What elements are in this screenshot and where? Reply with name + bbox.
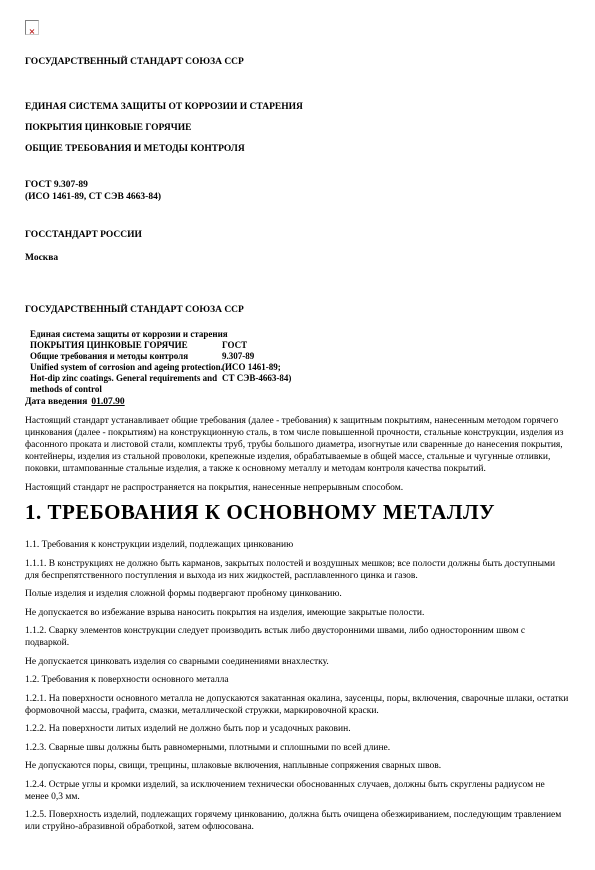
title-block-left-column: Единая система защиты от коррозии и стар…	[30, 329, 222, 395]
effective-date-value: 01.07.90	[91, 397, 124, 407]
clause-1-1-1: 1.1.1. В конструкциях не должно быть кар…	[25, 558, 570, 582]
effective-date-label: Дата введения	[25, 397, 87, 407]
intro-paragraph: Настоящий стандарт не распространяется н…	[25, 482, 570, 494]
broken-image-icon: ×	[25, 20, 39, 35]
gost-designation-block: ГОСТ 9.307-89 (ИСО 1461-89, СТ СЭВ 4663-…	[25, 180, 570, 203]
clause-1-2-3: 1.2.3. Сварные швы должны быть равномерн…	[25, 742, 570, 754]
title-line-requirements: Общие требования и методы контроля	[30, 351, 222, 362]
title-gost-number: 9.307-89	[222, 351, 291, 362]
title-block-table: Единая система защиты от коррозии и стар…	[30, 329, 570, 395]
coatings-title: ПОКРЫТИЯ ЦИНКОВЫЕ ГОРЯЧИЕ	[25, 123, 570, 135]
gost-number: ГОСТ 9.307-89	[25, 180, 570, 192]
title-line-english-2: Hot-dip zinc coatings. General requireme…	[30, 373, 222, 384]
section-1-heading: 1. ТРЕБОВАНИЯ К ОСНОВНОМУ МЕТАЛЛУ	[25, 500, 570, 524]
standard-header-main: ГОСУДАРСТВЕННЫЙ СТАНДАРТ СОЮЗА ССР	[25, 305, 570, 317]
clause-1-1-2: 1.1.2. Сварку элементов конструкции след…	[25, 625, 570, 649]
title-gost-word: ГОСТ	[222, 340, 291, 351]
intro-paragraph: Настоящий стандарт устанавливает общие т…	[25, 415, 570, 475]
gost-references: (ИСО 1461-89, СТ СЭВ 4663-84)	[25, 192, 570, 204]
publisher-city: Москва	[25, 253, 570, 265]
broken-image-x-icon: ×	[29, 26, 36, 38]
title-line-coatings: ПОКРЫТИЯ ЦИНКОВЫЕ ГОРЯЧИЕ	[30, 340, 222, 351]
document-page: × ГОСУДАРСТВЕННЫЙ СТАНДАРТ СОЮЗА ССР ЕДИ…	[0, 0, 595, 870]
clause-text: Не допускается цинковать изделия со свар…	[25, 656, 570, 668]
system-title: ЕДИНАЯ СИСТЕМА ЗАЩИТЫ ОТ КОРРОЗИИ И СТАР…	[25, 102, 570, 114]
title-sev-reference: СТ СЭВ-4663-84)	[222, 373, 291, 384]
title-line-english-3: methods of control	[30, 384, 222, 395]
standard-header-top: ГОСУДАРСТВЕННЫЙ СТАНДАРТ СОЮЗА ССР	[25, 57, 570, 69]
clause-1-2: 1.2. Требования к поверхности основного …	[25, 674, 570, 686]
clause-1-2-4: 1.2.4. Острые углы и кромки изделий, за …	[25, 779, 570, 803]
title-line-system: Единая система защиты от коррозии и стар…	[30, 329, 222, 340]
clause-1-2-2: 1.2.2. На поверхности литых изделий не д…	[25, 723, 570, 735]
clause-text: Полые изделия и изделия сложной формы по…	[25, 588, 570, 600]
clause-text: Не допускаются поры, свищи, трещины, шла…	[25, 760, 570, 772]
effective-date: Дата введения01.07.90	[25, 397, 570, 409]
requirements-title: ОБЩИЕ ТРЕБОВАНИЯ И МЕТОДЫ КОНТРОЛЯ	[25, 144, 570, 156]
publisher: ГОССТАНДАРТ РОССИИ	[25, 230, 570, 242]
title-iso-reference: (ИСО 1461-89;	[222, 362, 291, 373]
clause-text: Не допускается во избежание взрыва нанос…	[25, 607, 570, 619]
clause-1-2-5: 1.2.5. Поверхность изделий, подлежащих г…	[25, 809, 570, 833]
clause-1-1: 1.1. Требования к конструкции изделий, п…	[25, 539, 570, 551]
title-block-right-column: ГОСТ 9.307-89 (ИСО 1461-89; СТ СЭВ-4663-…	[222, 329, 291, 395]
clause-1-2-1: 1.2.1. На поверхности основного металла …	[25, 693, 570, 717]
title-line-english-1: Unified system of corrosion and ageing p…	[30, 362, 222, 373]
